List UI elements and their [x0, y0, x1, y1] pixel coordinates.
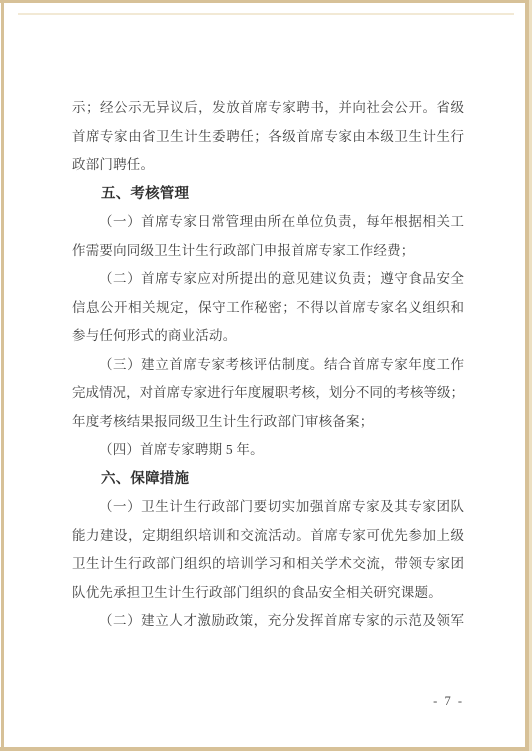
text-line: （四）首席专家聘期 5 年。 — [72, 436, 464, 465]
section-heading: 五、考核管理 — [72, 180, 464, 209]
text-line: 首席专家由省卫生计生委聘任；各级首席专家由本级卫生计生行 — [72, 123, 464, 152]
text-line: （二）建立人才激励政策，充分发挥首席专家的示范及领军 — [72, 607, 464, 636]
scan-artifact-line — [18, 13, 514, 15]
text-line: 信息公开相关规定，保守工作秘密；不得以首席专家名义组织和 — [72, 294, 464, 323]
scan-border-top — [0, 0, 532, 3]
text-line: （三）建立首席专家考核评估制度。结合首席专家年度工作 — [72, 351, 464, 380]
text-line: （一）卫生计生行政部门要切实加强首席专家及其专家团队 — [72, 493, 464, 522]
scan-border-left — [1, 0, 4, 751]
section-heading: 六、保障措施 — [72, 465, 464, 494]
text-line: 年度考核结果报同级卫生计生行政部门审核备案； — [72, 408, 464, 437]
page-number: - 7 - — [72, 694, 464, 709]
text-line: （一）首席专家日常管理由所在单位负责，每年根据相关工 — [72, 208, 464, 237]
text-line: 卫生计生行政部门组织的培训学习和相关学术交流，带领专家团 — [72, 550, 464, 579]
scan-border-bottom — [0, 747, 532, 751]
text-line: 完成情况，对首席专家进行年度履职考核，划分不同的考核等级； — [72, 379, 464, 408]
text-line: 参与任何形式的商业活动。 — [72, 322, 464, 351]
text-line: 示；经公示无异议后，发放首席专家聘书，并向社会公开。省级 — [72, 94, 464, 123]
document-body: 示；经公示无异议后，发放首席专家聘书，并向社会公开。省级 首席专家由省卫生计生委… — [72, 94, 464, 636]
text-line: 能力建设，定期组织培训和交流活动。首席专家可优先参加上级 — [72, 522, 464, 551]
text-line: 政部门聘任。 — [72, 151, 464, 180]
text-line: （二）首席专家应对所提出的意见建议负责；遵守食品安全 — [72, 265, 464, 294]
text-line: 队优先承担卫生计生行政部门组织的食品安全相关研究课题。 — [72, 579, 464, 608]
text-line: 作需要向同级卫生计生行政部门申报首席专家工作经费； — [72, 237, 464, 266]
